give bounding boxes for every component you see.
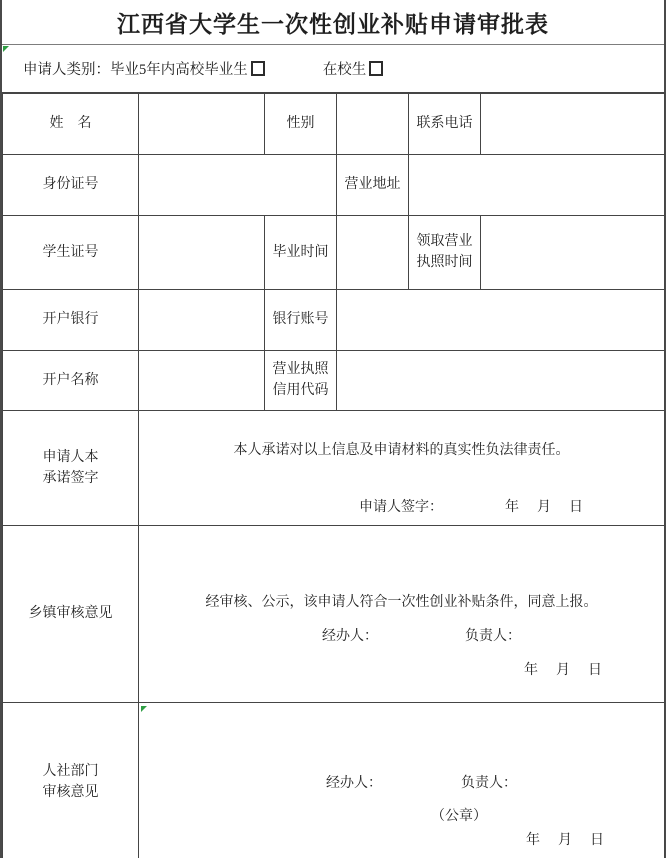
- commitment-cell[interactable]: 本人承诺对以上信息及申请材料的真实性负法律责任。 申请人签字： 年 月 日: [139, 410, 665, 525]
- table-row: 人社部门 审核意见 经办人： 负责人： （公章） 年 月 日: [3, 702, 665, 858]
- township-review-label: 乡镇审核意见: [3, 525, 139, 702]
- name-input-cell[interactable]: [139, 93, 265, 154]
- table-row: 申请人本 承诺签字 本人承诺对以上信息及申请材料的真实性负法律责任。 申请人签字…: [3, 410, 665, 525]
- table-row: 身份证号 营业地址: [3, 154, 665, 215]
- hr-supervisor-label: 负责人：: [461, 773, 517, 794]
- license-time-input-cell[interactable]: [481, 215, 665, 289]
- table-row: 开户名称 营业执照 信用代码: [3, 350, 665, 410]
- applicant-category-label: 申请人类别：: [23, 58, 110, 79]
- id-number-input-cell[interactable]: [139, 154, 337, 215]
- table-row: 开户银行 银行账号: [3, 289, 665, 350]
- student-id-input-cell[interactable]: [139, 215, 265, 289]
- official-seal-label: （公章）: [139, 806, 664, 827]
- cell-comment-marker-icon: [141, 706, 147, 712]
- phone-input-cell[interactable]: [481, 93, 665, 154]
- graduate-checkbox[interactable]: [251, 61, 265, 76]
- form-title: 江西省大学生一次性创业补贴申请审批表: [117, 6, 549, 39]
- business-address-label: 营业地址: [337, 154, 409, 215]
- phone-label: 联系电话: [409, 93, 481, 154]
- township-date-label: 年 月 日: [139, 660, 664, 681]
- township-review-cell[interactable]: 经审核、公示，该申请人符合一次性创业补贴条件，同意上报。 经办人： 负责人： 年…: [139, 525, 665, 702]
- commitment-date-label: 年 月 日: [505, 497, 585, 518]
- application-table: 姓 名 性别 联系电话 身份证号 营业地址 学生证号 毕业时间 领取营业 执照时…: [2, 92, 665, 858]
- id-number-label: 身份证号: [3, 154, 139, 215]
- hr-handler-label: 经办人：: [326, 773, 382, 794]
- township-supervisor-label: 负责人：: [465, 626, 521, 647]
- hr-review-cell[interactable]: 经办人： 负责人： （公章） 年 月 日: [139, 702, 665, 858]
- gender-input-cell[interactable]: [337, 93, 409, 154]
- applicant-category-row: 申请人类别：毕业5年内高校毕业生 在校生: [2, 45, 664, 92]
- applicant-signature-label: 申请人签字：: [359, 497, 443, 518]
- cell-comment-marker-icon: [3, 46, 9, 52]
- table-row: 姓 名 性别 联系电话: [3, 93, 665, 154]
- license-time-label: 领取营业 执照时间: [409, 215, 481, 289]
- commitment-label: 申请人本 承诺签字: [3, 410, 139, 525]
- account-name-label: 开户名称: [3, 350, 139, 410]
- graduation-time-input-cell[interactable]: [337, 215, 409, 289]
- bank-name-label: 开户银行: [3, 289, 139, 350]
- table-row: 学生证号 毕业时间 领取营业 执照时间: [3, 215, 665, 289]
- table-row: 乡镇审核意见 经审核、公示，该申请人符合一次性创业补贴条件，同意上报。 经办人：…: [3, 525, 665, 702]
- bank-name-input-cell[interactable]: [139, 289, 265, 350]
- hr-review-label: 人社部门 审核意见: [3, 702, 139, 858]
- business-address-input-cell[interactable]: [409, 154, 665, 215]
- bank-account-input-cell[interactable]: [337, 289, 665, 350]
- credit-code-input-cell[interactable]: [337, 350, 665, 410]
- subsidy-application-form: 江西省大学生一次性创业补贴申请审批表 申请人类别：毕业5年内高校毕业生 在校生 …: [0, 0, 666, 858]
- township-review-statement: 经审核、公示，该申请人符合一次性创业补贴条件，同意上报。: [139, 547, 664, 613]
- commitment-statement: 本人承诺对以上信息及申请材料的真实性负法律责任。: [139, 417, 664, 461]
- hr-date-label: 年 月 日: [139, 830, 664, 851]
- name-label: 姓 名: [3, 93, 139, 154]
- gender-label: 性别: [265, 93, 337, 154]
- graduate-option-label: 毕业5年内高校毕业生: [110, 58, 248, 79]
- credit-code-label: 营业执照 信用代码: [265, 350, 337, 410]
- township-handler-label: 经办人：: [322, 626, 378, 647]
- student-option-label: 在校生: [323, 58, 367, 79]
- form-header: 江西省大学生一次性创业补贴申请审批表: [2, 0, 664, 45]
- graduation-time-label: 毕业时间: [265, 215, 337, 289]
- student-checkbox[interactable]: [369, 61, 383, 76]
- account-name-input-cell[interactable]: [139, 350, 265, 410]
- bank-account-label: 银行账号: [265, 289, 337, 350]
- student-id-label: 学生证号: [3, 215, 139, 289]
